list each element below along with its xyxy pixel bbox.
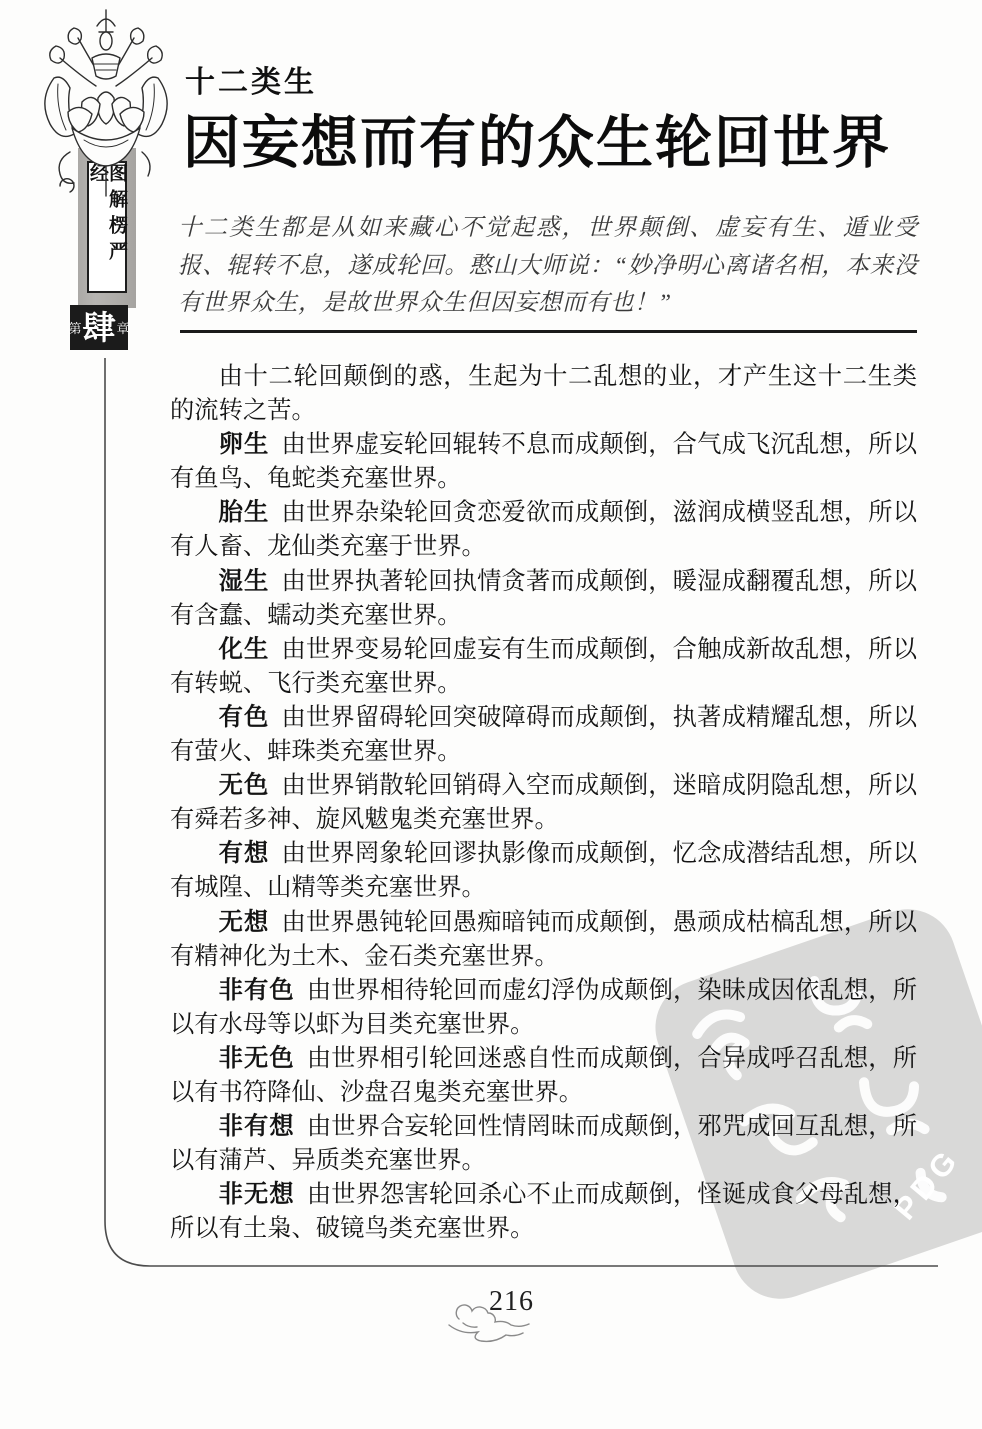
paragraph-term: 非无想 — [219, 1181, 295, 1208]
divider-rule — [180, 330, 917, 333]
paragraph-text: 由世界变易轮回虚妄有生而成颠倒，合触成新故乱想，所以有转蜕、飞行类充塞世界。 — [170, 636, 917, 697]
page-title: 因妄想而有的众生轮回世界 — [183, 97, 891, 179]
paragraph-term: 有色 — [219, 704, 270, 731]
paragraph-text: 由世界销散轮回销碍入空而成颠倒，迷暗成阴隐乱想，所以有舜若多神、旋风魃鬼类充塞世… — [170, 772, 917, 833]
paragraph: 有想由世界罔象轮回谬执影像而成颠倒，忆念成潜结乱想，所以有城隍、山精等类充塞世界… — [170, 837, 917, 905]
paragraph-term: 非无色 — [219, 1045, 295, 1072]
paragraph-term: 胎生 — [219, 499, 270, 526]
paragraph: 卵生由世界虚妄轮回辊转不息而成颠倒，合气成飞沉乱想，所以有鱼鸟、龟蛇类充塞世界。 — [170, 428, 917, 496]
paragraph: 无想由世界愚钝轮回愚痴暗钝而成颠倒，愚顽成枯槁乱想，所以有精神化为土木、金石类充… — [170, 906, 917, 974]
paragraph: 非有色由世界相待轮回而虚幻浮伪成颠倒，染昧成因依乱想，所以有水母等以虾为目类充塞… — [170, 974, 917, 1042]
paragraph-text: 由世界愚钝轮回愚痴暗钝而成颠倒，愚顽成枯槁乱想，所以有精神化为土木、金石类充塞世… — [170, 909, 917, 970]
paragraph: 湿生由世界执著轮回执情贪著而成颠倒，暖湿成翻覆乱想，所以有含蠢、蠕动类充塞世界。 — [170, 565, 917, 633]
chapter-badge: 第 肆 章 — [70, 305, 128, 350]
paragraph: 非有想由世界合妄轮回性情罔昧而成颠倒，邪咒成回互乱想，所以有蒲芦、异质类充塞世界… — [170, 1110, 917, 1178]
paragraph-term: 湿生 — [219, 568, 270, 595]
chapter-badge-prefix: 第 — [68, 318, 81, 337]
paragraph-text: 由十二轮回颠倒的惑，生起为十二乱想的业，才产生这十二生类的流转之苦。 — [170, 363, 917, 424]
paragraph-text: 由世界执著轮回执情贪著而成颠倒，暖湿成翻覆乱想，所以有含蠢、蠕动类充塞世界。 — [170, 568, 917, 629]
page-number: 216 — [489, 1286, 534, 1318]
book-page: PDG — [0, 0, 982, 1429]
paragraph-term: 非有想 — [219, 1113, 295, 1140]
body-paragraphs: 由十二轮回颠倒的惑，生起为十二乱想的业，才产生这十二生类的流转之苦。卵生由世界虚… — [170, 360, 917, 1246]
intro-paragraph: 十二类生都是从如来藏心不觉起惑，世界颠倒、虚妄有生、遁业受报、辊转不息，遂成轮回… — [178, 210, 918, 323]
paragraph: 化生由世界变易轮回虚妄有生而成颠倒，合触成新故乱想，所以有转蜕、飞行类充塞世界。 — [170, 633, 917, 701]
paragraph: 非无色由世界相引轮回迷惑自性而成颠倒，合异成呼召乱想，所以有书符降仙、沙盘召鬼类… — [170, 1042, 917, 1110]
paragraph-text: 由世界罔象轮回谬执影像而成颠倒，忆念成潜结乱想，所以有城隍、山精等类充塞世界。 — [170, 840, 917, 901]
paragraph-term: 有想 — [219, 840, 270, 867]
paragraph-term: 化生 — [219, 636, 270, 663]
paragraph-text: 由世界虚妄轮回辊转不息而成颠倒，合气成飞沉乱想，所以有鱼鸟、龟蛇类充塞世界。 — [170, 431, 917, 492]
paragraph-term: 无色 — [219, 772, 270, 799]
paragraph-text: 由世界留碍轮回突破障碍而成颠倒，执著成精耀乱想，所以有萤火、蚌珠类充塞世界。 — [170, 704, 917, 765]
paragraph-term: 非有色 — [219, 977, 295, 1004]
lotus-ornament-icon — [36, 6, 176, 206]
paragraph: 非无想由世界怨害轮回杀心不止而成颠倒，怪诞成食父母乱想，所以有土枭、破镜鸟类充塞… — [170, 1178, 917, 1246]
paragraph-term: 卵生 — [219, 431, 270, 458]
paragraph: 胎生由世界杂染轮回贪恋爱欲而成颠倒，滋润成横竖乱想，所以有人畜、龙仙类充塞于世界… — [170, 496, 917, 564]
paragraph: 由十二轮回颠倒的惑，生起为十二乱想的业，才产生这十二生类的流转之苦。 — [170, 360, 917, 428]
paragraph: 无色由世界销散轮回销碍入空而成颠倒，迷暗成阴隐乱想，所以有舜若多神、旋风魃鬼类充… — [170, 769, 917, 837]
paragraph-text: 由世界杂染轮回贪恋爱欲而成颠倒，滋润成横竖乱想，所以有人畜、龙仙类充塞于世界。 — [170, 499, 917, 560]
chapter-badge-numeral: 肆 — [83, 311, 116, 344]
paragraph: 有色由世界留碍轮回突破障碍而成颠倒，执著成精耀乱想，所以有萤火、蚌珠类充塞世界。 — [170, 701, 917, 769]
chapter-badge-suffix: 章 — [117, 318, 130, 337]
section-kicker: 十二类生 — [185, 57, 317, 101]
paragraph-term: 无想 — [219, 909, 270, 936]
